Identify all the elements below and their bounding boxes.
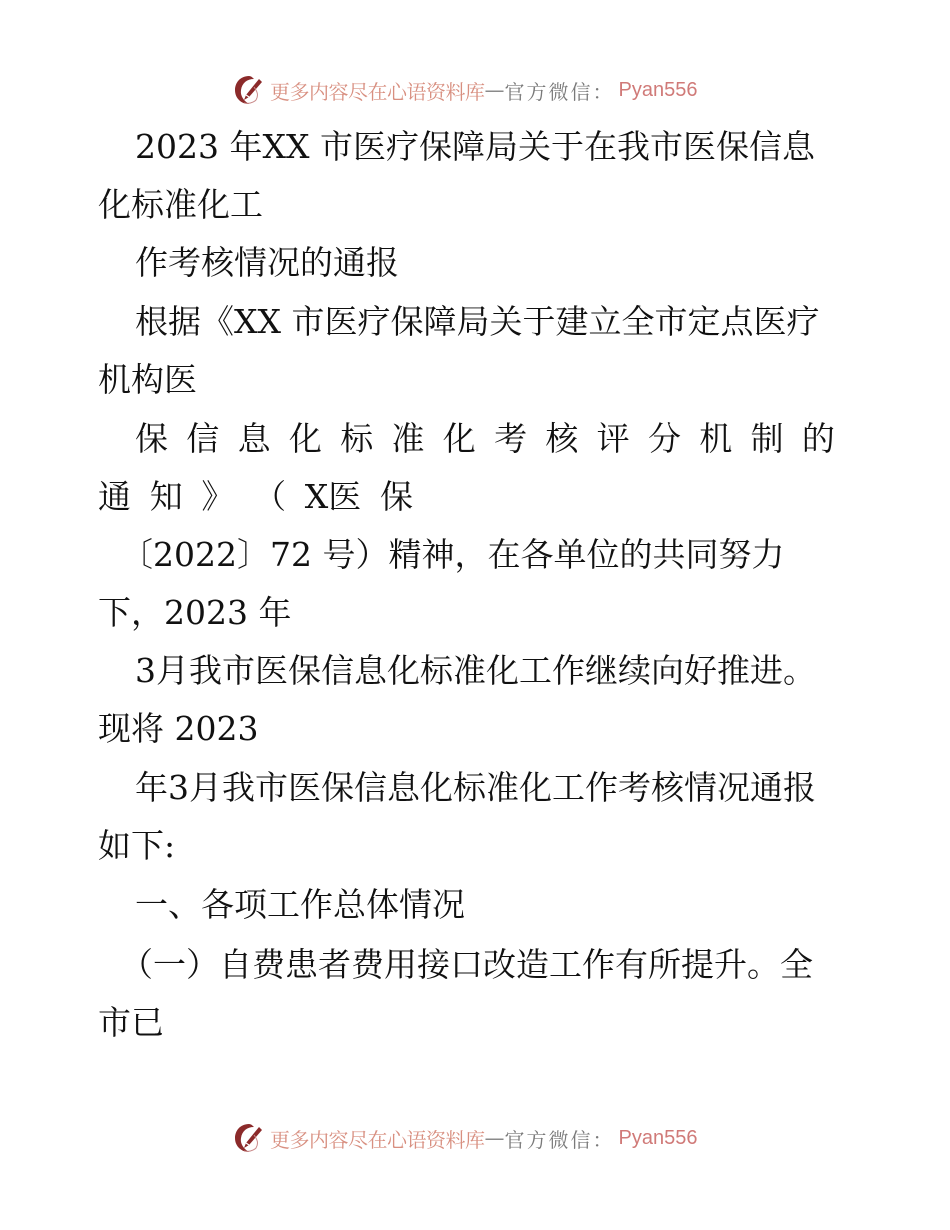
glyph: 评 [597,410,630,468]
glyph: 化 [289,410,322,468]
header-watermark: 更多内容尽在心语资料库 — 官方微信： Pyan556 [232,70,697,110]
glyph: 标 [340,410,373,468]
doc-paragraph-line: 现将 2023 [98,700,258,758]
glyph: 化 [443,410,476,468]
glyph: 保 [135,410,168,468]
footer-watermark: 更多内容尽在心语资料库 — 官方微信： Pyan556 [232,1118,697,1158]
watermark-wechat-handle: Pyan556 [619,79,698,102]
doc-title-line-1: 2023 年XX 市医疗保障局关于在我市医保信息 [135,118,815,176]
glyph: 分 [648,410,681,468]
quill-pen-logo-icon [232,73,266,107]
watermark-wechat-label: 官方微信： [505,76,615,105]
doc-paragraph-line-spaced: 通 知 》 （ X医 保 [98,468,413,526]
watermark-dash: — [485,1126,505,1150]
glyph: 息 [238,410,271,468]
doc-title-line-2: 化标准化工 [98,176,263,234]
watermark-wechat-label: 官方微信： [505,1124,615,1153]
watermark-lead-text: 更多内容尽在心语资料库 [270,76,485,105]
doc-paragraph-line: 3月我市医保信息化标准化工作继续向好推进。 [135,642,816,700]
watermark-wechat-handle: Pyan556 [619,1127,698,1150]
glyph: X医 [305,468,362,526]
quill-pen-logo-icon [232,1121,266,1155]
glyph: （ [253,468,286,526]
doc-paragraph-line: 根据《XX 市医疗保障局关于建立全市定点医疗 [135,293,819,351]
glyph: 通 [98,468,131,526]
watermark-dash: — [485,78,505,102]
doc-paragraph-line: 下，2023 年 [98,584,291,642]
doc-subsection-heading: （一）自费患者费用接口改造工作有所提升。全 [120,936,813,994]
glyph: 核 [545,410,578,468]
glyph: 信 [186,410,219,468]
glyph: 机 [699,410,732,468]
glyph: 考 [494,410,527,468]
glyph: 》 [201,468,234,526]
doc-paragraph-line: 机构医 [98,351,197,409]
doc-title-line-3: 作考核情况的通报 [135,234,399,292]
doc-paragraph-line: 〔2022〕72 号）精神，在各单位的共同努力 [120,526,784,584]
watermark-lead-text: 更多内容尽在心语资料库 [270,1124,485,1153]
doc-paragraph-line: 年3月我市医保信息化标准化工作考核情况通报 [135,759,816,817]
glyph: 保 [380,468,413,526]
glyph: 制 [751,410,784,468]
glyph: 知 [150,468,183,526]
doc-paragraph-line-justified: 保 信 息 化 标 准 化 考 核 评 分 机 制 的 [135,410,835,468]
doc-paragraph-line: 如下: [98,817,175,875]
glyph: 的 [802,410,835,468]
glyph: 准 [391,410,424,468]
doc-section-heading: 一、各项工作总体情况 [135,876,465,934]
doc-paragraph-line: 市已 [98,994,164,1052]
